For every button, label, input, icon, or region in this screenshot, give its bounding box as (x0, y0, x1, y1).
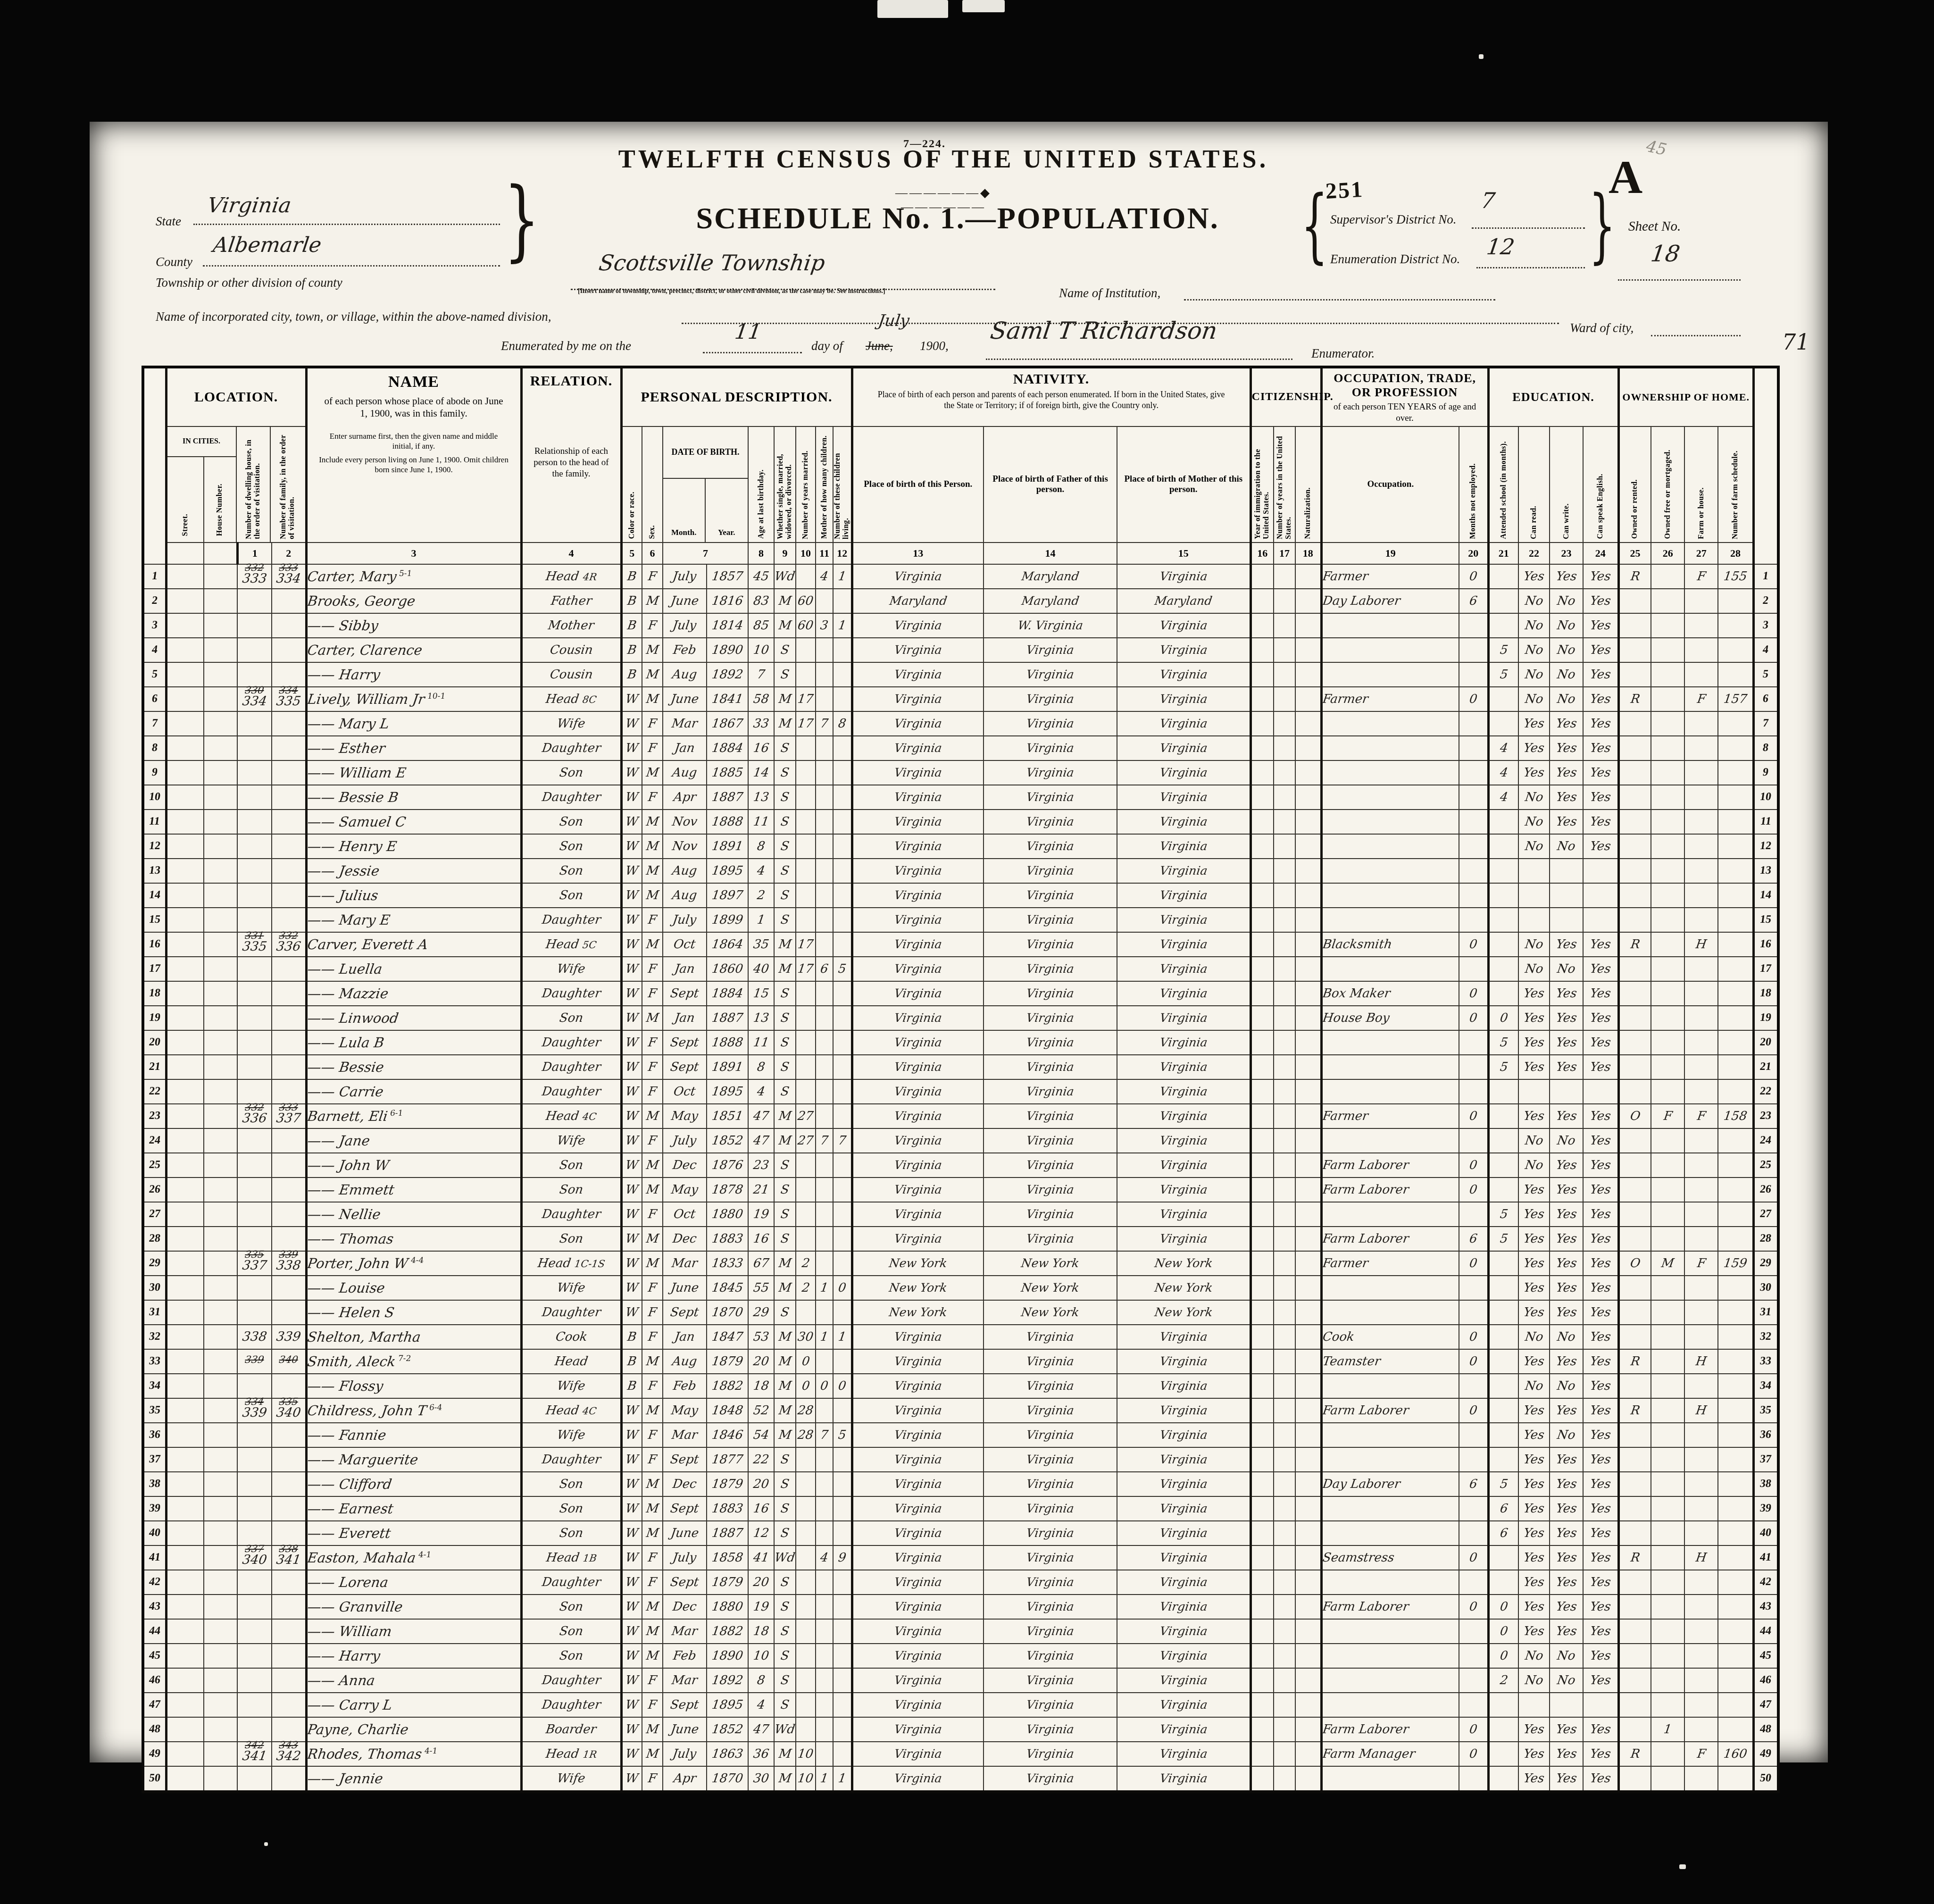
occupation-cell (1321, 1766, 1459, 1792)
relation-cell: Cousin (521, 662, 621, 687)
can-speak-english-cell: Yes (1583, 687, 1618, 711)
birthplace-person-cell: Virginia (852, 711, 984, 736)
children-living-cell (833, 1153, 852, 1177)
children-born-cell (816, 1349, 833, 1374)
birthplace-person-cell: Virginia (852, 1472, 984, 1496)
can-write-cell: Yes (1550, 981, 1583, 1006)
row-number-left: 11 (143, 810, 166, 834)
col9-header: Whether single, married, widowed, or div… (774, 426, 796, 543)
sex-cell: M (642, 1104, 663, 1128)
house-number-cell (204, 1374, 237, 1398)
dwelling-number-cell (237, 1030, 272, 1055)
ward-of-city-label: Ward of city, (1570, 321, 1634, 335)
family-number-cell (272, 1153, 306, 1177)
relation-cell: Head1R (521, 1742, 621, 1766)
relation-cell: Cousin (521, 638, 621, 662)
can-read-cell: No (1518, 785, 1550, 810)
birthplace-person-cell: Virginia (852, 1349, 984, 1374)
col5-label: Color or race. (628, 492, 636, 539)
can-read-cell: Yes (1518, 1472, 1550, 1496)
can-write-cell: Yes (1550, 810, 1583, 834)
sex-cell: F (642, 1079, 663, 1104)
enumerated-year: 1900, (920, 339, 949, 353)
sex-cell: M (642, 1595, 663, 1619)
children-living-cell (833, 589, 852, 613)
can-speak-english-cell (1583, 1693, 1618, 1717)
birthplace-mother-cell: Virginia (1117, 1177, 1250, 1202)
street-cell (166, 1742, 204, 1766)
row-number-left: 24 (143, 1128, 166, 1153)
dwelling-number-cell (237, 1079, 272, 1104)
children-living-cell (833, 932, 852, 957)
family-number-cell (272, 638, 306, 662)
sex-cell: M (642, 859, 663, 883)
children-born-cell (816, 1398, 833, 1423)
children-born-cell (816, 932, 833, 957)
location-subheader: IN CITIES. Number of dwelling house, in … (166, 426, 306, 543)
years-married-cell (796, 908, 816, 932)
can-write-cell: Yes (1550, 1251, 1583, 1276)
can-speak-english-cell: Yes (1583, 1006, 1618, 1030)
person-name-cell: Barnett, Eli6-1 (306, 1104, 521, 1128)
marital-status-cell: S (774, 981, 796, 1006)
family-number-cell (272, 613, 306, 638)
birth-year-cell: 1887 (707, 785, 748, 810)
street-cell (166, 1693, 204, 1717)
birthplace-person-cell: Virginia (852, 932, 984, 957)
birthplace-mother-cell: New York (1117, 1276, 1250, 1300)
children-born-cell (816, 981, 833, 1006)
street-cell (166, 1227, 204, 1251)
naturalization-cell (1295, 1055, 1321, 1079)
house-number-cell (204, 932, 237, 957)
can-write-cell: Yes (1550, 932, 1583, 957)
can-write-cell: Yes (1550, 1055, 1583, 1079)
col26-label: Owned free or mortgaged. (1664, 450, 1672, 539)
marital-status-cell: M (774, 1104, 796, 1128)
birthplace-father-cell: Maryland (984, 564, 1117, 589)
birth-month-cell: Dec (663, 1153, 707, 1177)
years-in-us-cell (1274, 1447, 1295, 1472)
scan-artifact (1479, 54, 1484, 59)
children-living-cell: 0 (833, 1374, 852, 1398)
immigration-year-cell (1250, 1349, 1274, 1374)
color-race-cell: W (621, 1104, 642, 1128)
months-not-employed-cell: 0 (1459, 1398, 1488, 1423)
months-not-employed-cell (1459, 1668, 1488, 1693)
can-read-cell: Yes (1518, 1055, 1550, 1079)
marital-status-cell: S (774, 638, 796, 662)
children-living-cell: 8 (833, 711, 852, 736)
age-cell: 20 (748, 1570, 774, 1595)
house-number-cell (204, 711, 237, 736)
birth-year-cell: 1848 (707, 1398, 748, 1423)
years-married-cell (796, 662, 816, 687)
birthplace-father-cell: Virginia (984, 1104, 1117, 1128)
township-instruction-note: [Insert name of township, town, precinct… (578, 288, 1002, 295)
owned-free-or-mortgaged-cell (1651, 1570, 1684, 1595)
dwelling-number-cell: 330334 (237, 687, 272, 711)
age-cell: 29 (748, 1300, 774, 1325)
owned-free-or-mortgaged-cell (1651, 1668, 1684, 1693)
attended-school-cell (1488, 1349, 1518, 1374)
owned-or-rented-cell (1618, 1006, 1651, 1030)
farm-or-house-cell: F (1684, 1251, 1718, 1276)
years-married-cell (796, 810, 816, 834)
immigration-year-cell (1250, 1545, 1274, 1570)
months-not-employed-cell: 0 (1459, 1177, 1488, 1202)
house-number-cell (204, 564, 237, 589)
row-number-right: 3 (1753, 613, 1778, 638)
age-cell: 4 (748, 1079, 774, 1104)
col17-header: Number of years in the United States. (1274, 426, 1295, 543)
birthplace-mother-cell: Virginia (1117, 981, 1250, 1006)
birthplace-father-cell: Virginia (984, 687, 1117, 711)
immigration-year-cell (1250, 662, 1274, 687)
years-married-cell: 27 (796, 1104, 816, 1128)
person-row: 3—— SibbyMotherBFJuly181485M6031Virginia… (143, 613, 1778, 638)
can-read-cell: Yes (1518, 1496, 1550, 1521)
can-read-cell: No (1518, 1644, 1550, 1668)
row-number-left: 20 (143, 1030, 166, 1055)
owned-or-rented-cell: R (1618, 1398, 1651, 1423)
sex-cell: F (642, 711, 663, 736)
dwelling-number-cell (237, 638, 272, 662)
age-cell: 30 (748, 1766, 774, 1792)
marital-status-cell: S (774, 810, 796, 834)
sex-cell: F (642, 981, 663, 1006)
farm-schedule-number-cell (1718, 1619, 1753, 1644)
owned-free-or-mortgaged-cell (1651, 1128, 1684, 1153)
relation-cell: Son (521, 1153, 621, 1177)
col22-label: Can read. (1530, 506, 1538, 539)
can-speak-english-cell: Yes (1583, 1227, 1618, 1251)
birthplace-mother-cell: Virginia (1117, 1153, 1250, 1177)
dwelling-number-cell (237, 1619, 272, 1644)
can-read-cell: Yes (1518, 1202, 1550, 1227)
birth-month-cell: Jan (663, 1006, 707, 1030)
children-born-cell: 6 (816, 957, 833, 981)
age-cell: 11 (748, 1030, 774, 1055)
can-read-cell: Yes (1518, 1104, 1550, 1128)
col10-label: Number of years married. (801, 451, 810, 539)
column-number-19: 19 (1321, 543, 1459, 564)
birth-year-cell: 1846 (707, 1423, 748, 1447)
months-not-employed-cell: 0 (1459, 1742, 1488, 1766)
children-living-cell (833, 687, 852, 711)
birthplace-person-cell: Virginia (852, 736, 984, 760)
dwelling-number-cell: 339 (237, 1349, 272, 1374)
color-race-cell: W (621, 1079, 642, 1104)
owned-or-rented-cell (1618, 736, 1651, 760)
months-not-employed-cell (1459, 1644, 1488, 1668)
farm-schedule-number-cell (1718, 1447, 1753, 1472)
color-race-cell: B (621, 662, 642, 687)
months-not-employed-cell (1459, 613, 1488, 638)
relation-cell: Wife (521, 1128, 621, 1153)
column-number-14: 14 (984, 543, 1117, 564)
person-name-cell: Carter, Mary5-1 (306, 564, 521, 589)
birthplace-person-cell: Virginia (852, 1030, 984, 1055)
birthplace-father-cell: Virginia (984, 834, 1117, 859)
children-born-cell (816, 1668, 833, 1693)
house-number-cell (204, 1006, 237, 1030)
occupation-cell (1321, 1570, 1459, 1595)
enumeration-district-label: Enumeration District No. (1330, 252, 1460, 267)
can-speak-english-cell: Yes (1583, 760, 1618, 785)
children-living-cell (833, 834, 852, 859)
owned-or-rented-cell (1618, 1717, 1651, 1742)
can-read-cell: Yes (1518, 564, 1550, 589)
can-speak-english-cell (1583, 1079, 1618, 1104)
children-living-cell (833, 736, 852, 760)
months-not-employed-cell: 0 (1459, 1251, 1488, 1276)
person-name-cell: —— Lorena (306, 1570, 521, 1595)
occupation-cell: Farm Manager (1321, 1742, 1459, 1766)
farm-or-house-cell (1684, 1300, 1718, 1325)
row-number-left: 19 (143, 1006, 166, 1030)
immigration-year-cell (1250, 687, 1274, 711)
naturalization-cell (1295, 1472, 1321, 1496)
age-cell: 83 (748, 589, 774, 613)
farm-schedule-number-cell (1718, 1374, 1753, 1398)
immigration-year-cell (1250, 1742, 1274, 1766)
birthplace-person-cell: Virginia (852, 1447, 984, 1472)
sex-cell: M (642, 883, 663, 908)
years-married-cell (796, 834, 816, 859)
person-row: 21—— BessieDaughterWFSept18918SVirginiaV… (143, 1055, 1778, 1079)
row-number-right: 44 (1753, 1619, 1778, 1644)
can-speak-english-cell: Yes (1583, 1325, 1618, 1349)
row-number-right: 20 (1753, 1030, 1778, 1055)
can-read-cell: Yes (1518, 1619, 1550, 1644)
relation-cell: Daughter (521, 785, 621, 810)
street-cell (166, 1447, 204, 1472)
relation-cell: Mother (521, 613, 621, 638)
children-born-cell (816, 1177, 833, 1202)
location-group-header: LOCATION. (166, 367, 306, 426)
dwelling-number-cell (237, 834, 272, 859)
naturalization-cell (1295, 638, 1321, 662)
house-number-cell (204, 1276, 237, 1300)
naturalization-cell (1295, 785, 1321, 810)
family-number-cell (272, 1202, 306, 1227)
color-race-cell: W (621, 1300, 642, 1325)
person-row: 16331335332336Carver, Everett AHead5CWMO… (143, 932, 1778, 957)
attended-school-cell: 2 (1488, 1668, 1518, 1693)
person-name-cell: —— Luella (306, 957, 521, 981)
row-number-right: 12 (1753, 834, 1778, 859)
column-number-27: 27 (1684, 543, 1718, 564)
owned-or-rented-cell (1618, 1496, 1651, 1521)
row-number-right: 45 (1753, 1644, 1778, 1668)
years-in-us-cell (1274, 1079, 1295, 1104)
farm-or-house-cell (1684, 1202, 1718, 1227)
naturalization-cell (1295, 957, 1321, 981)
row-number-right: 11 (1753, 810, 1778, 834)
document-title: TWELFTH CENSUS OF THE UNITED STATES. (514, 144, 1373, 174)
color-race-cell: W (621, 981, 642, 1006)
name-desc: of each person whose place of abode on J… (308, 391, 520, 424)
occupation-cell: Farmer (1321, 564, 1459, 589)
immigration-year-cell (1250, 1079, 1274, 1104)
column-number-28: 28 (1718, 543, 1753, 564)
children-living-cell: 9 (833, 1545, 852, 1570)
can-read-cell: No (1518, 1153, 1550, 1177)
street-cell (166, 1423, 204, 1447)
row-number-right: 9 (1753, 760, 1778, 785)
attended-school-cell: 6 (1488, 1496, 1518, 1521)
birth-year-cell: 1879 (707, 1349, 748, 1374)
birth-year-cell: 1884 (707, 736, 748, 760)
birthplace-mother-cell: Virginia (1117, 1472, 1250, 1496)
street-cell (166, 1055, 204, 1079)
person-name-cell: Lively, William Jr10-1 (306, 687, 521, 711)
occupation-cell (1321, 760, 1459, 785)
birthplace-father-cell: Virginia (984, 1742, 1117, 1766)
marital-status-cell: S (774, 1521, 796, 1545)
farm-or-house-cell (1684, 1717, 1718, 1742)
month-label: Month. (663, 479, 706, 542)
owned-or-rented-cell (1618, 638, 1651, 662)
sex-cell: F (642, 1276, 663, 1300)
color-race-cell: W (621, 957, 642, 981)
street-cell (166, 1766, 204, 1792)
house-number-cell (204, 1177, 237, 1202)
owned-free-or-mortgaged-cell (1651, 613, 1684, 638)
birthplace-mother-cell: Virginia (1117, 1030, 1250, 1055)
street-cell (166, 1079, 204, 1104)
farm-or-house-cell (1684, 1619, 1718, 1644)
marital-status-cell: S (774, 1644, 796, 1668)
years-in-us-cell (1274, 810, 1295, 834)
row-number-left: 35 (143, 1398, 166, 1423)
enumerated-mid: day of (811, 339, 843, 353)
col21-header: Attended school (in months). (1488, 426, 1518, 543)
years-in-us-cell (1274, 883, 1295, 908)
marital-status-cell: S (774, 908, 796, 932)
row-number-left: 5 (143, 662, 166, 687)
color-race-cell: W (621, 1668, 642, 1693)
children-living-cell: 1 (833, 564, 852, 589)
birthplace-father-cell: Virginia (984, 1079, 1117, 1104)
occupation-cell (1321, 883, 1459, 908)
children-born-cell: 4 (816, 564, 833, 589)
col6-header: Sex. (642, 426, 663, 543)
birthplace-mother-cell: Virginia (1117, 760, 1250, 785)
marital-status-cell: S (774, 1079, 796, 1104)
color-race-cell: W (621, 1717, 642, 1742)
naturalization-cell (1295, 1644, 1321, 1668)
farm-schedule-number-cell (1718, 957, 1753, 981)
sex-cell: M (642, 1619, 663, 1644)
street-cell (166, 957, 204, 981)
house-number-cell (204, 1447, 237, 1472)
years-in-us-cell (1274, 1668, 1295, 1693)
family-number-cell (272, 1717, 306, 1742)
scan-artifact (877, 0, 948, 18)
row-number-left: 32 (143, 1325, 166, 1349)
can-write-cell: Yes (1550, 1177, 1583, 1202)
color-race-cell: B (621, 564, 642, 589)
row-number-left: 31 (143, 1300, 166, 1325)
person-name-cell: Easton, Mahala4-1 (306, 1545, 521, 1570)
dwelling-number-cell (237, 1202, 272, 1227)
person-name-cell: —— Earnest (306, 1496, 521, 1521)
immigration-year-cell (1250, 1766, 1274, 1792)
farm-schedule-number-cell (1718, 785, 1753, 810)
person-row: 44—— WilliamSonWMMar188218SVirginiaVirgi… (143, 1619, 1778, 1644)
name-note2: Include every person living on June 1, 1… (308, 453, 520, 477)
birth-year-cell: 1892 (707, 1668, 748, 1693)
years-married-cell (796, 1496, 816, 1521)
can-read-cell: Yes (1518, 1300, 1550, 1325)
farm-schedule-number-cell (1718, 1153, 1753, 1177)
birthplace-person-cell: Virginia (852, 1668, 984, 1693)
col22-header: Can read. (1518, 426, 1550, 543)
attended-school-cell (1488, 834, 1518, 859)
birth-year-cell: 1884 (707, 981, 748, 1006)
age-cell: 18 (748, 1374, 774, 1398)
birthplace-person-cell: Virginia (852, 1153, 984, 1177)
color-race-cell: B (621, 1349, 642, 1374)
person-row: 12—— Henry ESonWMNov18918SVirginiaVirgin… (143, 834, 1778, 859)
person-row: 19—— LinwoodSonWMJan188713SVirginiaVirgi… (143, 1006, 1778, 1030)
months-not-employed-cell: 0 (1459, 687, 1488, 711)
relation-cell: Son (521, 834, 621, 859)
birth-month-cell: Mar (663, 711, 707, 736)
farm-schedule-number-cell: 157 (1718, 687, 1753, 711)
can-speak-english-cell: Yes (1583, 1742, 1618, 1766)
age-cell: 35 (748, 932, 774, 957)
district-open-brace: { (1301, 179, 1328, 273)
birth-year-cell: 1897 (707, 883, 748, 908)
immigration-year-cell (1250, 1423, 1274, 1447)
family-number-cell (272, 1668, 306, 1693)
dwelling-number-cell (237, 736, 272, 760)
dwelling-number-cell (237, 981, 272, 1006)
color-race-cell: W (621, 1153, 642, 1177)
can-write-cell: No (1550, 1325, 1583, 1349)
occupation-cell: Seamstress (1321, 1545, 1459, 1570)
years-in-us-cell (1274, 1472, 1295, 1496)
owned-free-or-mortgaged-cell (1651, 1766, 1684, 1792)
relation-cell: Son (521, 883, 621, 908)
dwelling-number-cell (237, 1153, 272, 1177)
sex-cell: F (642, 1325, 663, 1349)
relation-cell: Head1C-1S (521, 1251, 621, 1276)
birthplace-mother-cell: Virginia (1117, 1128, 1250, 1153)
owned-free-or-mortgaged-cell (1651, 1325, 1684, 1349)
occupation-cell: Day Laborer (1321, 1472, 1459, 1496)
state-value: Virginia (208, 193, 291, 217)
col14-header: Place of birth of Father of this person. (984, 426, 1117, 543)
months-not-employed-cell (1459, 1423, 1488, 1447)
col24-label: Can speak English. (1596, 474, 1605, 539)
attended-school-cell: 6 (1488, 1521, 1518, 1545)
age-cell: 13 (748, 1006, 774, 1030)
children-born-cell (816, 589, 833, 613)
color-race-cell: W (621, 859, 642, 883)
col18-label: Naturalization. (1304, 487, 1312, 539)
can-write-cell: No (1550, 613, 1583, 638)
row-number-left: 4 (143, 638, 166, 662)
years-in-us-cell (1274, 613, 1295, 638)
person-name-cell: —— Bessie (306, 1055, 521, 1079)
enumerator-signature: Saml T Richardson (991, 317, 1217, 344)
birthplace-person-cell: Virginia (852, 687, 984, 711)
children-living-cell (833, 760, 852, 785)
